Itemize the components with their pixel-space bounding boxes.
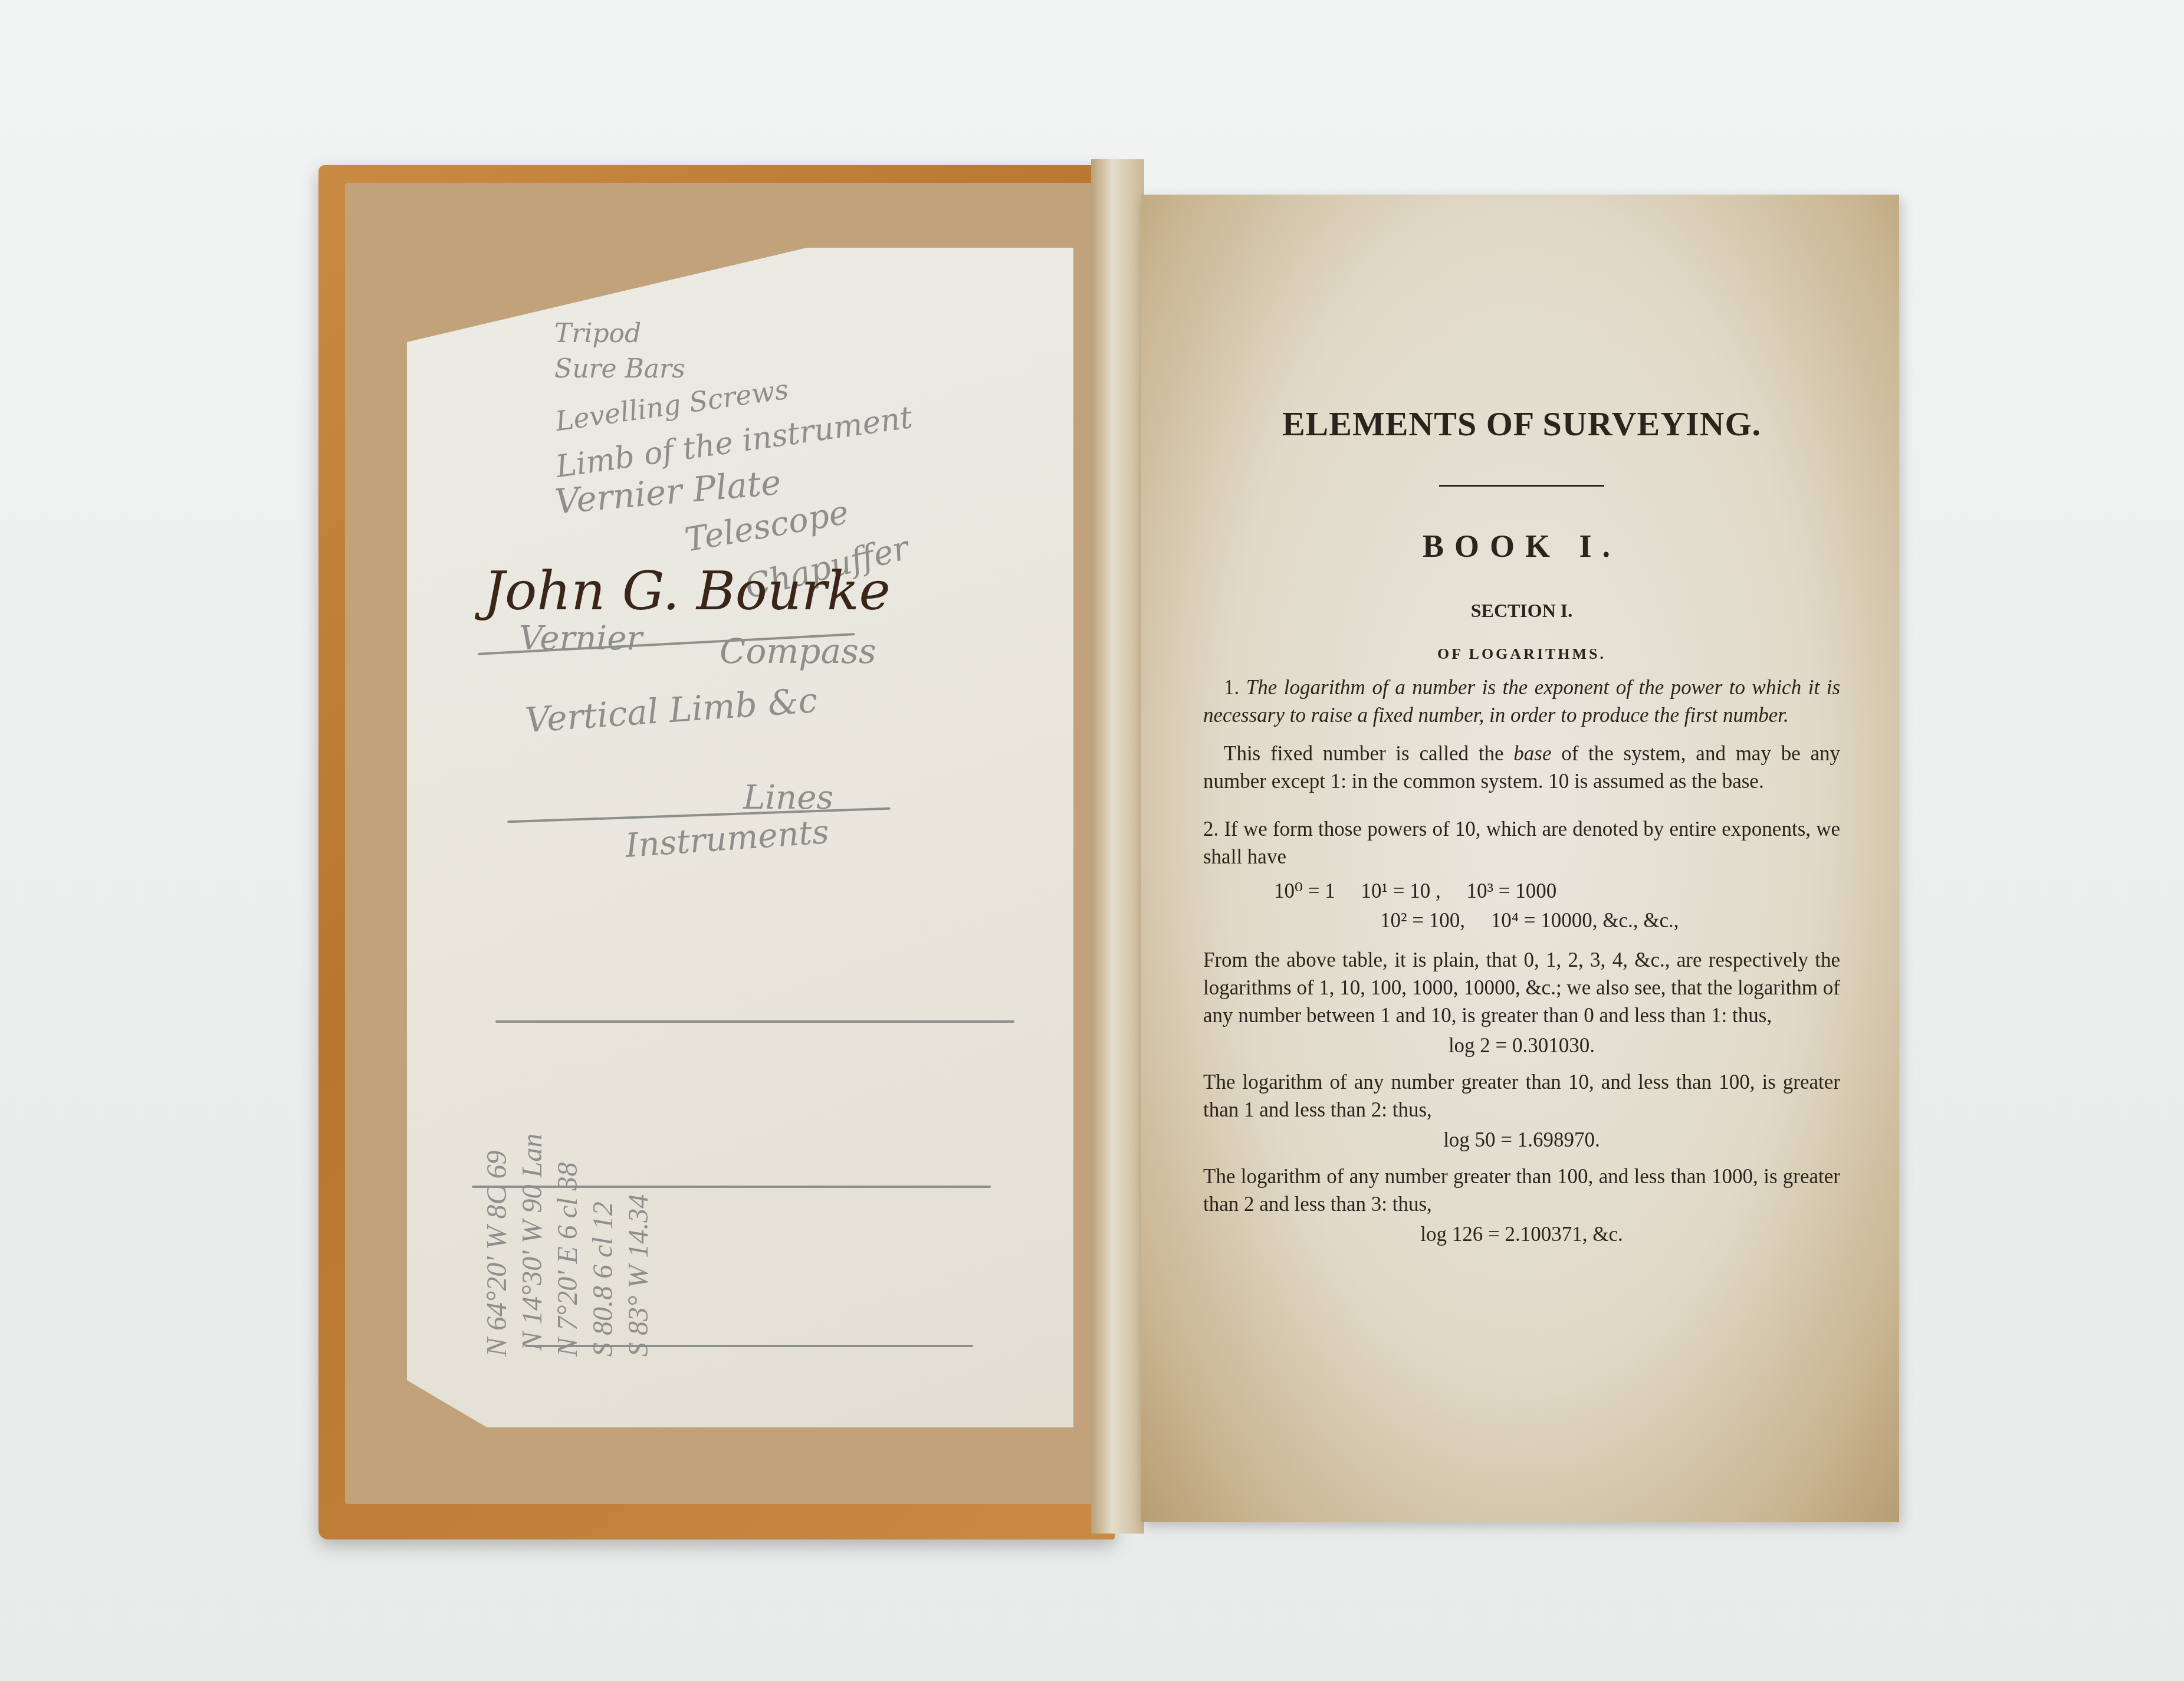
section-heading: SECTION I. (1203, 600, 1840, 622)
pencil-note: Vernier (519, 619, 642, 658)
right-page: ELEMENTS OF SURVEYING. BOOK I. SECTION I… (1141, 195, 1899, 1522)
pencil-note: Compass (720, 631, 876, 671)
text-run: This fixed number is called the (1224, 742, 1513, 765)
open-book: Tripod Sure Bars Levelling Screws Limb o… (318, 159, 1899, 1539)
pencil-bearing: N 14°30' W 90 Lan (516, 1134, 549, 1351)
emphasis-text: base (1513, 742, 1551, 765)
paragraph-4: The logarithm of any number greater than… (1203, 1068, 1840, 1124)
formula: log 126 = 2.100371, &c. (1203, 1223, 1840, 1246)
book-spine-gutter (1091, 159, 1144, 1534)
pencil-note: Sure Bars (554, 354, 685, 384)
formula: log 50 = 1.698970. (1203, 1128, 1840, 1152)
pencil-line (495, 1020, 1014, 1023)
ink-signature: John G. Bourke (484, 560, 891, 622)
formula: log 2 = 0.301030. (1203, 1034, 1840, 1058)
section-subheading: OF LOGARITHMS. (1203, 645, 1840, 663)
paragraph-3: From the above table, it is plain, that … (1203, 946, 1840, 1029)
powers-table: 10⁰ = 1 10¹ = 10 , 10³ = 1000 10² = 100,… (1274, 876, 1840, 935)
powers-row: 10⁰ = 1 10¹ = 10 , 10³ = 1000 (1274, 876, 1840, 906)
paragraph-5: The logarithm of any number greater than… (1203, 1163, 1840, 1218)
book-title: ELEMENTS OF SURVEYING. (1203, 404, 1840, 444)
book-number: BOOK I. (1203, 528, 1840, 564)
page-text: ELEMENTS OF SURVEYING. BOOK I. SECTION I… (1203, 324, 1840, 1246)
paragraph-number: 1. (1224, 676, 1239, 699)
pencil-bearing: S 80.8 6 cl 12 (587, 1201, 619, 1357)
pencil-bearing: N 64°20' W 8C 69 (481, 1151, 513, 1357)
powers-row: 10² = 100, 10⁴ = 10000, &c., &c., (1274, 906, 1840, 935)
paragraph-2: 2. If we form those powers of 10, which … (1203, 815, 1840, 871)
paragraph-1b: This fixed number is called the base of … (1203, 740, 1840, 795)
paragraph-1: 1. The logarithm of a number is the expo… (1203, 674, 1840, 729)
title-rule (1439, 485, 1604, 487)
pencil-line (472, 1186, 991, 1188)
definition-text: The logarithm of a number is the exponen… (1203, 676, 1840, 727)
pencil-bearing: N 7°20' E 6 cl 38 (551, 1163, 584, 1357)
pencil-bearing: S 83° W 14.34 (622, 1194, 655, 1357)
pencil-note: Tripod (554, 319, 641, 349)
